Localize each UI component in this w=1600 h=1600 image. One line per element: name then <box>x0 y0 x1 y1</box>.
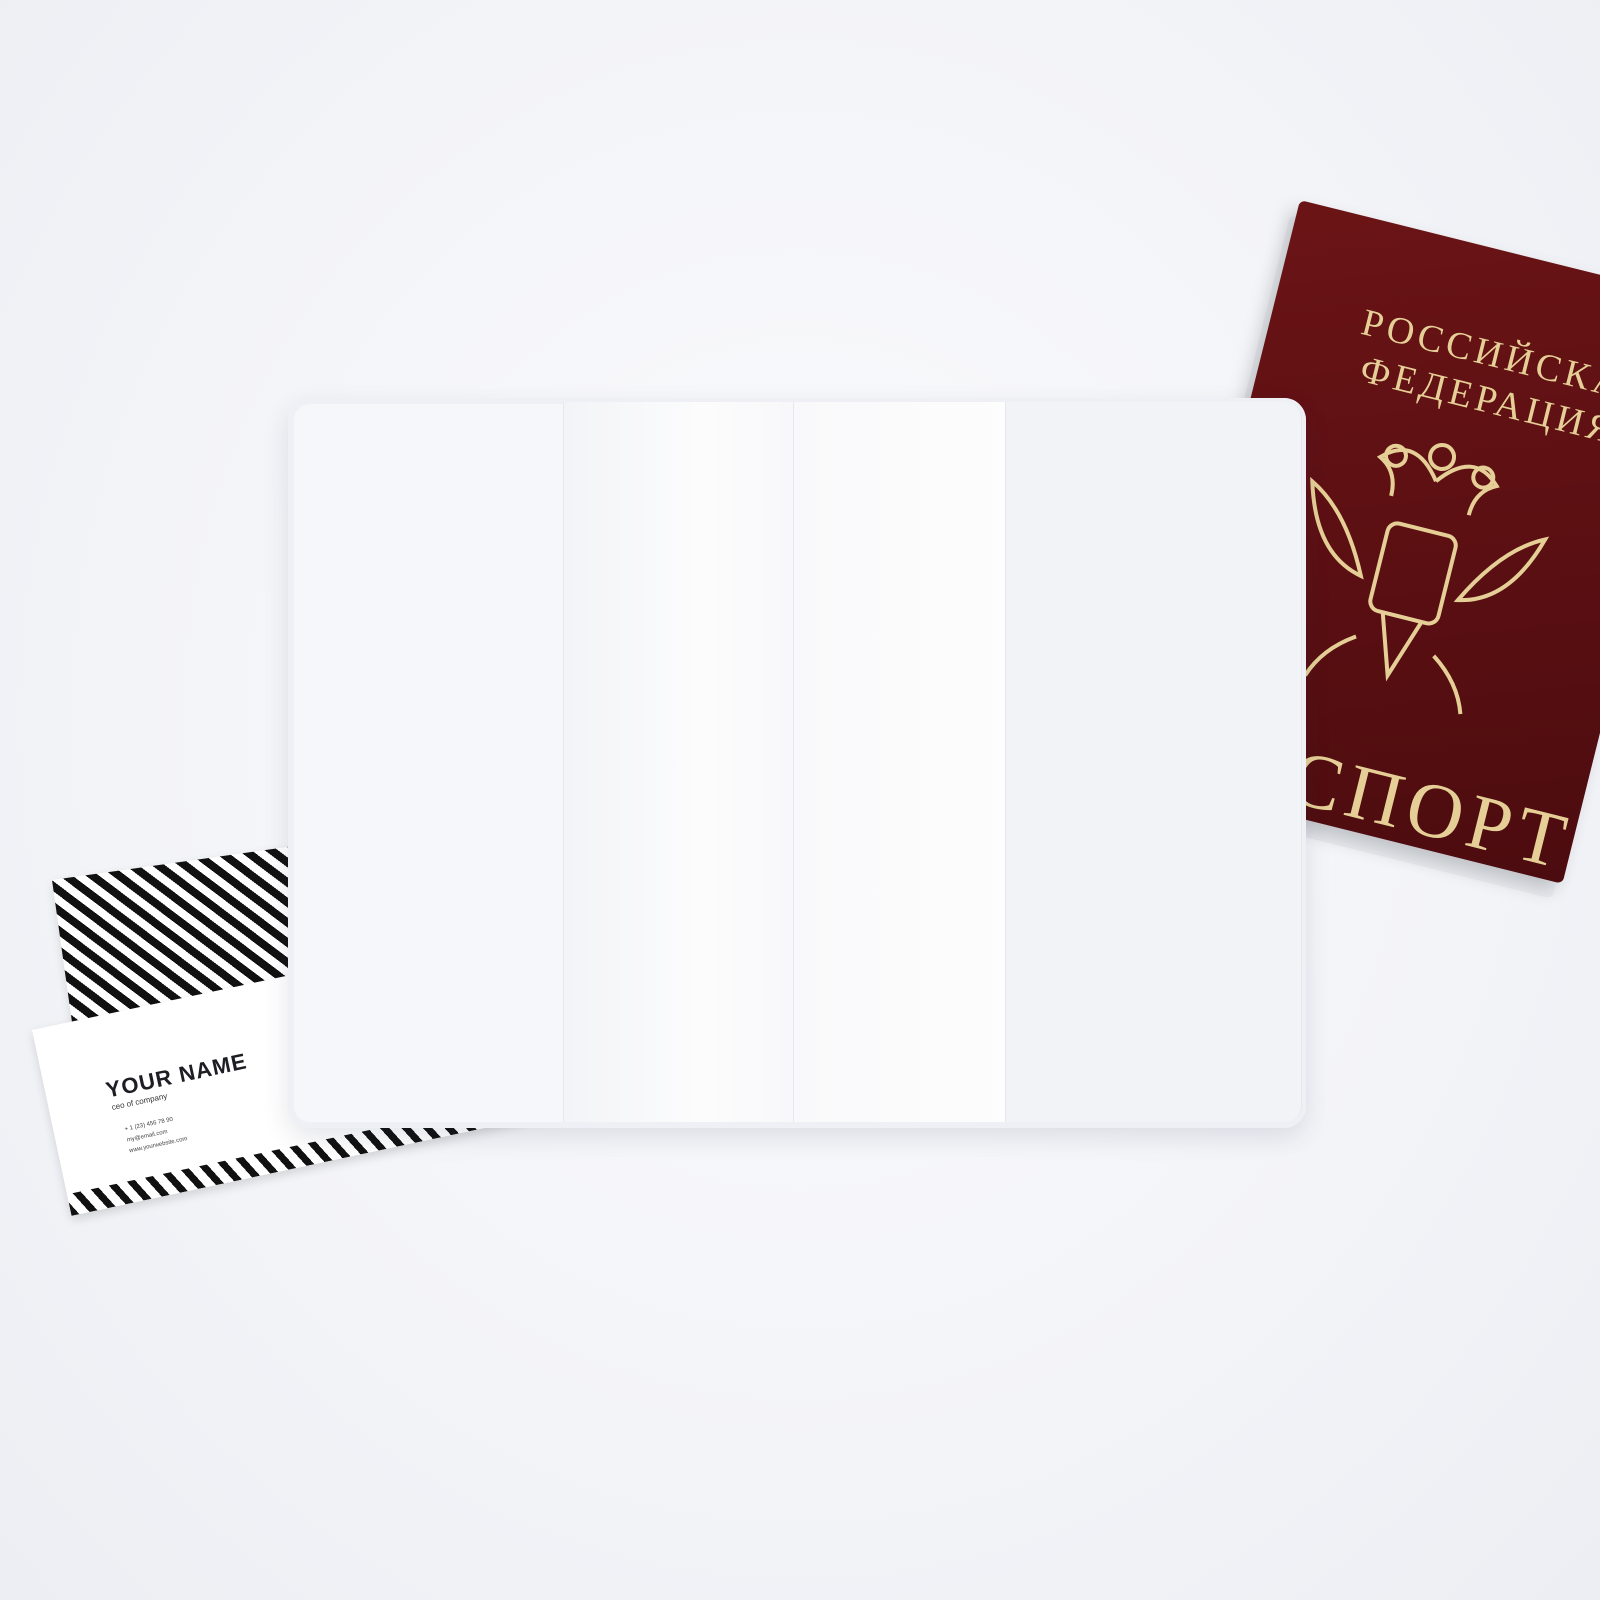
cover-pocket-right <box>793 402 1007 1122</box>
cover-pocket-far-right <box>1005 402 1302 1122</box>
card-name: YOUR NAME <box>104 1048 250 1103</box>
card-contacts: + 1 (23) 456 78 90 my@email.com www.your… <box>124 1113 189 1158</box>
cover-pocket-left <box>563 402 795 1122</box>
passport-cover <box>288 398 1306 1128</box>
product-scene: РОССИЙСКАЯ ФЕДЕРАЦИЯ ПАСПОРТ YOUR NAME c… <box>0 0 1600 1600</box>
